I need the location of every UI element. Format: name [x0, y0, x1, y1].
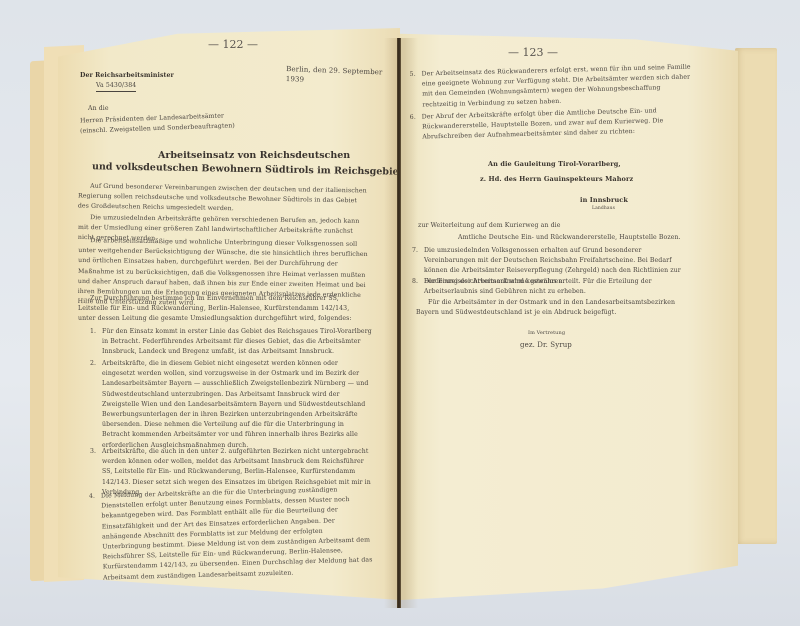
paragraph-1: Auf Grund besonderer Vereinbarungen zwis…	[78, 181, 368, 217]
list-item-text: Der Abruf der Arbeitskräfte erfolgt über…	[422, 107, 664, 141]
signature-label: Im Vertretung	[528, 328, 565, 338]
right-page: — 123 — 5. Der Arbeitseinsatz des Rückwa…	[400, 28, 738, 600]
sender: Der Reichsarbeitsminister	[80, 71, 174, 81]
list-item: 6. Der Abruf der Arbeitskräfte erfolgt ü…	[422, 105, 693, 143]
list-item-text: Der Einreisesichtvermerk wird kostenlos …	[424, 278, 652, 295]
list-item: 2. Arbeitskräfte, die in diesem Gebiet n…	[102, 359, 372, 451]
list-item: 4. Die Meldung der Arbeitskräfte an die …	[101, 484, 373, 583]
list-item-text: Arbeitskräfte, die in diesem Gebiet nich…	[102, 360, 368, 449]
address-line-1: An die Gauleitung Tirol-Vorarlberg,	[488, 159, 621, 169]
place-date: Berlin, den 29. September 1939	[286, 64, 400, 88]
signature-name: gez. Dr. Syrup	[520, 340, 572, 350]
list-item-text: Der Arbeitseinsatz des Rückwanderers erf…	[422, 63, 691, 108]
open-book: — 122 — Der Reichsarbeitsminister Va 543…	[0, 0, 800, 626]
list-item-text: Für den Einsatz kommt in erster Linie da…	[102, 328, 372, 355]
page-stack-right	[735, 48, 777, 544]
page-number-left: — 122 —	[208, 38, 258, 51]
address-line-4: Landhaus	[592, 204, 615, 214]
list-item-number: 3.	[90, 447, 96, 457]
paragraph-4: Zur Durchführung bestimme ich im Einvern…	[78, 294, 368, 325]
addressee-line-1: An die	[88, 104, 109, 114]
forwarding-note: zur Weiterleitung auf dem Kurierweg an d…	[418, 221, 561, 231]
list-item: 1. Für den Einsatz kommt in erster Linie…	[102, 327, 372, 358]
closing-paragraph: Für die Arbeitsämter in der Ostmark und …	[416, 298, 692, 318]
list-item-number: 4.	[89, 492, 95, 502]
reference-number: Va 5430/384	[96, 81, 136, 92]
list-item: 5. Der Arbeitseinsatz des Rückwanderers …	[422, 62, 693, 110]
list-item-number: 1.	[90, 327, 96, 337]
document-title-line-1: Arbeitseinsatz von Reichsdeutschen	[158, 150, 350, 161]
left-page: — 122 — Der Reichsarbeitsminister Va 543…	[58, 28, 400, 600]
list-item-number: 2.	[90, 359, 96, 369]
forwarding-target: Amtliche Deutsche Ein- und Rückwanderers…	[458, 233, 681, 243]
document-title-line-2: und volksdeutschen Bewohnern Südtirols i…	[92, 161, 400, 177]
gutter-shadow	[384, 38, 418, 608]
list-item-text: Die Meldung der Arbeitskräfte an die für…	[101, 486, 373, 581]
book-spine-gutter	[397, 38, 401, 608]
list-item: 8. Der Einreisesichtvermerk wird kostenl…	[424, 277, 694, 297]
address-line-2: z. Hd. des Herrn Gauinspekteurs Mahorz	[480, 174, 633, 184]
page-number-right: — 123 —	[508, 46, 558, 59]
